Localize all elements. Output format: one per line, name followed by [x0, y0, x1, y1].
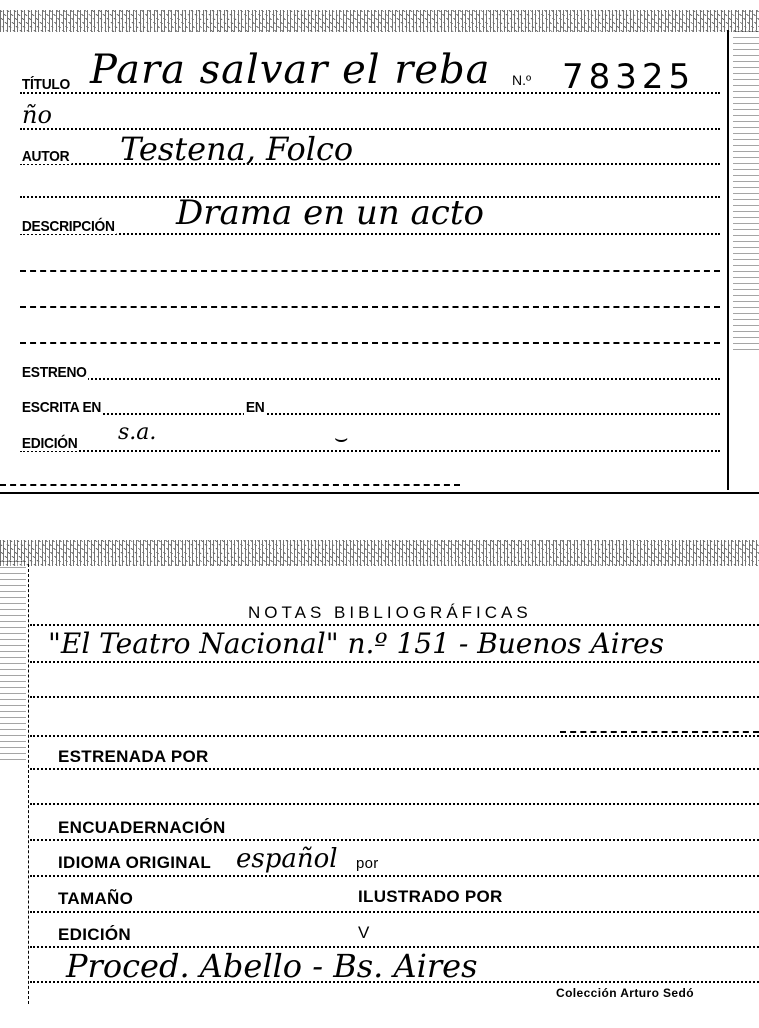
autor-label: AUTOR — [20, 149, 71, 164]
rule-edicion — [20, 450, 720, 452]
titulo-label: TÍTULO — [20, 77, 72, 92]
procedencia-value: Proced. Abello - Bs. Aires — [66, 950, 477, 982]
edicion-back-label: EDICIÓN — [56, 926, 133, 943]
tamano-label: TAMAÑO — [56, 890, 135, 907]
rule-notes-2 — [30, 661, 759, 663]
card-bottom-edge — [0, 492, 759, 494]
rule-descripcion — [20, 233, 720, 235]
rule-notes-3 — [30, 696, 759, 698]
rule-tamano — [30, 911, 759, 913]
descripcion-value: Drama en un acto — [176, 196, 484, 230]
ilustrado-por-label: ILUSTRADO POR — [356, 888, 505, 905]
scan-noise-top-front — [0, 10, 759, 32]
card-left-edge — [28, 564, 29, 1004]
estreno-label: ESTRENO — [20, 365, 88, 380]
encuadernacion-label: ENCUADERNACIÓN — [56, 819, 228, 836]
autor-value: Testena, Folco — [120, 133, 353, 165]
rule-bottom-partial — [0, 484, 460, 486]
scan-noise-top-back — [0, 540, 759, 566]
rule-estrenada-por — [30, 768, 759, 770]
notas-bibliograficas-heading: NOTAS BIBLIOGRÁFICAS — [248, 604, 532, 621]
rule-notes-1 — [30, 624, 759, 626]
collection-credit: Colección Arturo Sedó — [556, 986, 694, 1000]
descripcion-label: DESCRIPCIÓN — [20, 219, 116, 234]
v-label: V — [356, 924, 372, 941]
scan-noise-left-edge — [0, 560, 26, 760]
rule-idioma — [30, 875, 759, 877]
rule-blank-3 — [20, 306, 720, 308]
rule-estreno — [20, 378, 720, 380]
titulo-value: Para salvar el reba — [90, 50, 491, 90]
estrenada-por-label: ESTRENADA POR — [56, 748, 211, 765]
rule-escrita-en — [20, 413, 720, 415]
rule-blank-back — [30, 803, 759, 805]
edicion-value: s.a. — [118, 422, 156, 444]
escrita-en-place-label: EN — [244, 400, 266, 415]
por-label: por — [354, 856, 381, 871]
catalog-number-prefix: N.º — [512, 73, 531, 87]
titulo-value-overflow: ño — [22, 103, 52, 127]
card-right-edge — [727, 30, 729, 490]
notas-value: "El Teatro Nacional" n.º 151 - Buenos Ai… — [48, 630, 664, 658]
pen-mark: ⌣ — [334, 428, 348, 450]
rule-notes-4 — [30, 735, 759, 737]
rule-encuadernacion — [30, 839, 759, 841]
escrita-en-label: ESCRITA EN — [20, 400, 103, 415]
rule-blank-4 — [20, 342, 720, 344]
idioma-original-label: IDIOMA ORIGINAL — [56, 854, 213, 871]
edicion-label: EDICIÓN — [20, 436, 79, 451]
idioma-original-value: español — [236, 846, 338, 872]
scan-noise-right-edge — [733, 30, 759, 350]
rule-blank-2 — [20, 270, 720, 272]
catalog-number: 78325 — [562, 60, 695, 94]
rule-notes-4-partial — [560, 731, 759, 733]
